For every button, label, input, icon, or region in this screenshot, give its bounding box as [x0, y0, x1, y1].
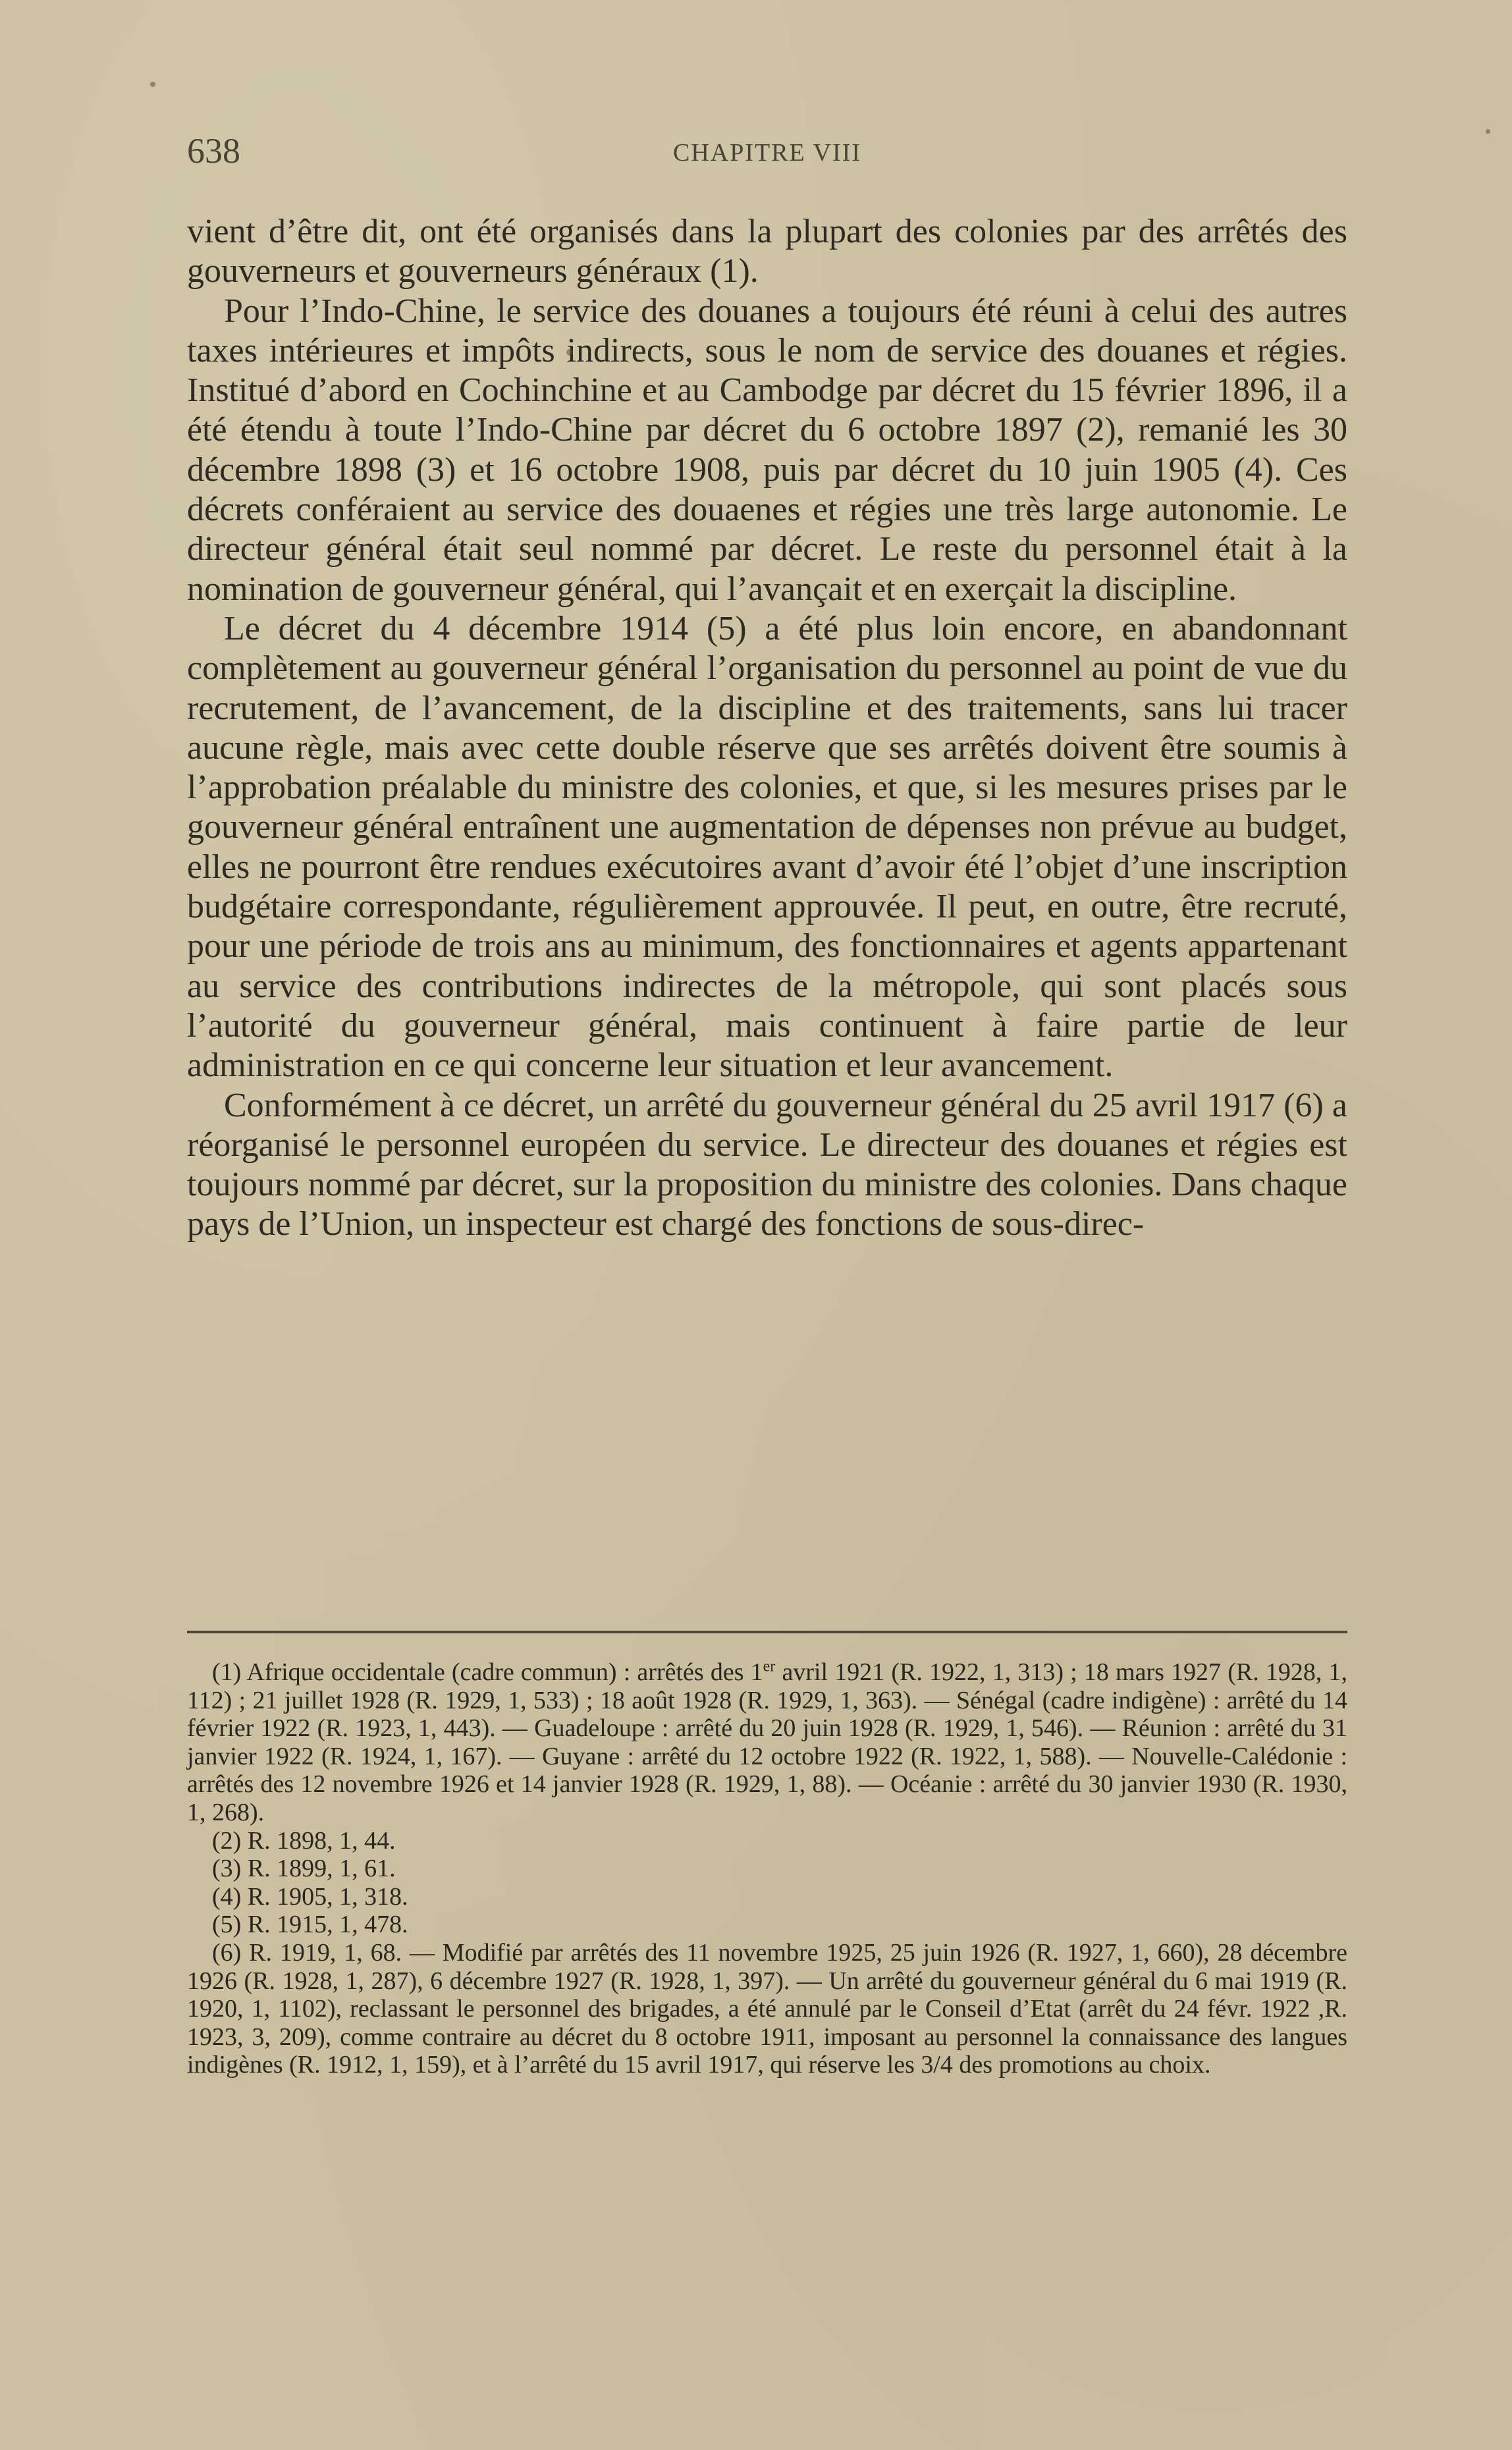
paragraph-arrete-1917: Conformément à ce décret, un arrêté du g… — [187, 1086, 1347, 1245]
chapter-title: CHAPITRE VIII — [187, 138, 1347, 167]
paragraph-indochine: Pour l’Indo-Chine, le service des douane… — [187, 292, 1347, 609]
paper-speck — [1486, 129, 1490, 134]
footnote-marker: (6) — [212, 1939, 241, 1967]
footnote-superscript: er — [763, 1658, 776, 1675]
footnote-2: (2) R. 1898, 1, 44. — [187, 1827, 1347, 1855]
footnote-text: R. 1898, 1, 44. — [248, 1827, 396, 1855]
paragraph-continuation: vient d’être dit, ont été organisés dans… — [187, 212, 1347, 292]
footnote-marker: (3) — [212, 1855, 241, 1882]
footnote-5: (5) R. 1915, 1, 478. — [187, 1911, 1347, 1939]
footnote-marker: (1) — [212, 1658, 241, 1686]
paper-speck — [566, 349, 573, 356]
running-head: 638 CHAPITRE VIII — [187, 130, 1347, 170]
footnotes: (1) Afrique occidentale (cadre commun) :… — [187, 1658, 1347, 2079]
footnote-4: (4) R. 1905, 1, 318. — [187, 1883, 1347, 1911]
footnote-divider — [187, 1631, 1347, 1633]
main-text: vient d’être dit, ont été organisés dans… — [187, 212, 1347, 1245]
paragraph-decret-1914: Le décret du 4 décembre 1914 (5) a été p… — [187, 609, 1347, 1086]
footnote-marker: (2) — [212, 1827, 241, 1855]
footnote-text: Afrique occidentale (cadre commun) : arr… — [246, 1658, 763, 1686]
footnote-text: R. 1919, 1, 68. — Modifié par arrêtés de… — [187, 1939, 1347, 2079]
footnote-text: R. 1905, 1, 318. — [248, 1883, 408, 1911]
footnote-marker: (4) — [212, 1883, 241, 1911]
footnote-text: R. 1899, 1, 61. — [248, 1855, 396, 1882]
footnote-text: R. 1915, 1, 478. — [248, 1911, 408, 1938]
footnote-marker: (5) — [212, 1911, 241, 1938]
footnote-1: (1) Afrique occidentale (cadre commun) :… — [187, 1658, 1347, 1827]
footnote-3: (3) R. 1899, 1, 61. — [187, 1855, 1347, 1883]
paper-speck — [150, 82, 155, 87]
footnote-6: (6) R. 1919, 1, 68. — Modifié par arrêté… — [187, 1939, 1347, 2079]
